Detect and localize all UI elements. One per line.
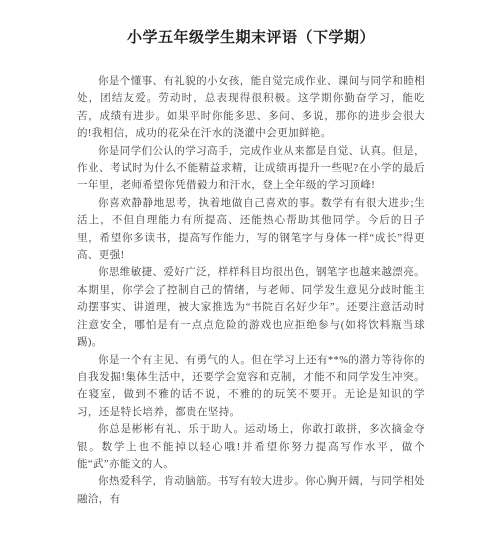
- paragraph-3: 你喜欢静静地思考，执着地做自己喜欢的事。数学有有很大进步;生活上，不但自理能力有…: [77, 195, 425, 265]
- paragraph-6: 你总是彬彬有礼、乐于助人。运动场上，你敢打敢拼，多次摘金夺银。数学上也不能掉以轻…: [77, 421, 425, 473]
- paragraph-4: 你思维敏捷、爱好广泛，样样科目均很出色，钢笔字也越来越漂亮。本期里，你学会了控制…: [77, 264, 425, 351]
- document-page: 小学五年级学生期末评语（下学期） 你是个懂事、有礼貌的小女孩，能自觉完成作业、课…: [0, 0, 500, 548]
- paragraph-1: 你是个懂事、有礼貌的小女孩，能自觉完成作业、课间与同学和睦相处，团结友爱。劳动时…: [77, 73, 425, 143]
- document-viewport: 小学五年级学生期末评语（下学期） 你是个懂事、有礼貌的小女孩，能自觉完成作业、课…: [0, 0, 500, 548]
- paragraph-7-truncated: 你热爱科学，肯动脑筋。书写有较大进步。你心胸开阔，与同学相处融洽，有: [77, 473, 425, 508]
- paragraph-2: 你是同学们公认的学习高手，完成作业从来都是自觉、认真。但是，作业、考试时为什么不…: [77, 143, 425, 195]
- document-title: 小学五年级学生期末评语（下学期）: [77, 29, 425, 47]
- paragraph-5: 你是一个有主见、有勇气的人。但在学习上还有**%的潜力等待你的自我发掘!集体生活…: [77, 352, 425, 422]
- document-body: 你是个懂事、有礼貌的小女孩，能自觉完成作业、课间与同学和睦相处，团结友爱。劳动时…: [77, 73, 425, 508]
